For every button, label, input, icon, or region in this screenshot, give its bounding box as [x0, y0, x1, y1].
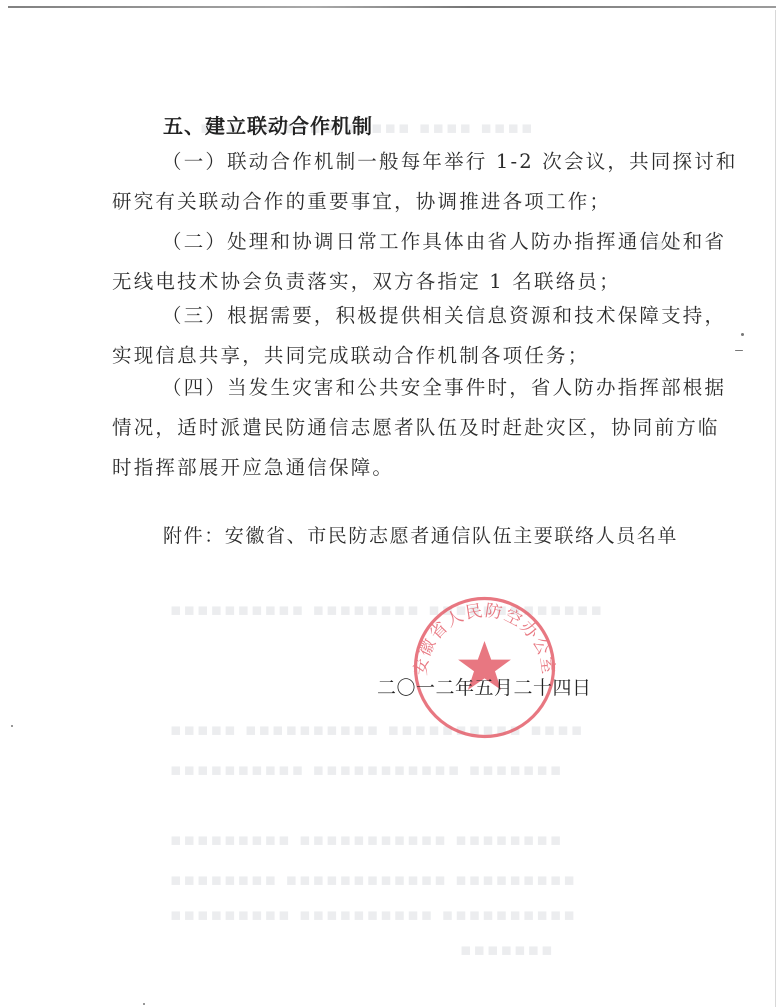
scan-edge-right	[775, 10, 776, 1007]
scan-speck	[735, 350, 743, 351]
scan-speck	[143, 1003, 145, 1005]
scanned-document-page: ▪▪▪ ▪▪ ▪▪▪▪ ▪▪▪▪▪ ▪▪▪▪ ▪▪▪▪ ▪▪▪ ▪▪▪▪▪▪▪▪…	[0, 0, 780, 1007]
section-heading: 五、建立联动合作机制	[163, 110, 373, 139]
clause-line: 时指挥部展开应急通信保障。	[112, 448, 702, 488]
bleed-through-text: ▪▪▪▪▪▪▪	[460, 940, 555, 960]
clause-line: （三）根据需要，积极提供相关信息资源和技术保障支持，	[112, 296, 702, 336]
scan-speck	[741, 333, 744, 336]
scan-edge-top	[8, 6, 776, 8]
attachment-note: 附件：安徽省、市民防志愿者通信队伍主要联络人员名单	[163, 521, 678, 548]
clause-line: （二）处理和协调日常工作具体由省人防办指挥通信处和省	[112, 222, 702, 262]
bleed-through-text: ▪▪▪▪▪▪▪▪▪ ▪▪▪▪▪▪▪▪▪▪▪ ▪▪▪▪▪▪▪▪	[170, 830, 563, 850]
official-seal: 安徽省人民防空办公室	[412, 595, 557, 740]
clause-line: （四）当发生灾害和公共安全事件时，省人防办指挥部根据	[112, 368, 702, 408]
clause-line: 研究有关联动合作的重要事宜，协调推进各项工作；	[112, 182, 702, 222]
document-date: 二〇一二年五月二十四日	[377, 673, 592, 700]
bleed-through-text: ▪▪▪▪▪▪▪▪ ▪▪▪▪▪▪▪▪▪▪▪▪ ▪▪▪▪▪▪▪▪▪	[170, 870, 577, 890]
clause-2: （二）处理和协调日常工作具体由省人防办指挥通信处和省 无线电技术协会负责落实，双…	[112, 222, 702, 302]
clause-1: （一）联动合作机制一般每年举行 1-2 次会议，共同探讨和 研究有关联动合作的重…	[112, 142, 702, 222]
clause-line: 情况，适时派遣民防通信志愿者队伍及时赶赴灾区，协同前方临	[112, 408, 702, 448]
clause-line: （一）联动合作机制一般每年举行 1-2 次会议，共同探讨和	[112, 142, 702, 182]
scan-speck	[11, 725, 13, 727]
clause-3: （三）根据需要，积极提供相关信息资源和技术保障支持， 实现信息共享，共同完成联动…	[112, 296, 702, 376]
bleed-through-text: ▪▪▪▪▪▪▪▪▪ ▪▪▪▪▪▪▪▪▪▪ ▪▪▪▪▪▪▪▪▪▪	[170, 905, 577, 925]
clause-4: （四）当发生灾害和公共安全事件时，省人防办指挥部根据 情况，适时派遣民防通信志愿…	[112, 368, 702, 488]
bleed-through-text: ▪▪▪▪▪▪▪▪▪▪ ▪▪▪▪▪▪▪▪▪▪▪ ▪▪▪▪▪▪▪	[170, 760, 563, 780]
